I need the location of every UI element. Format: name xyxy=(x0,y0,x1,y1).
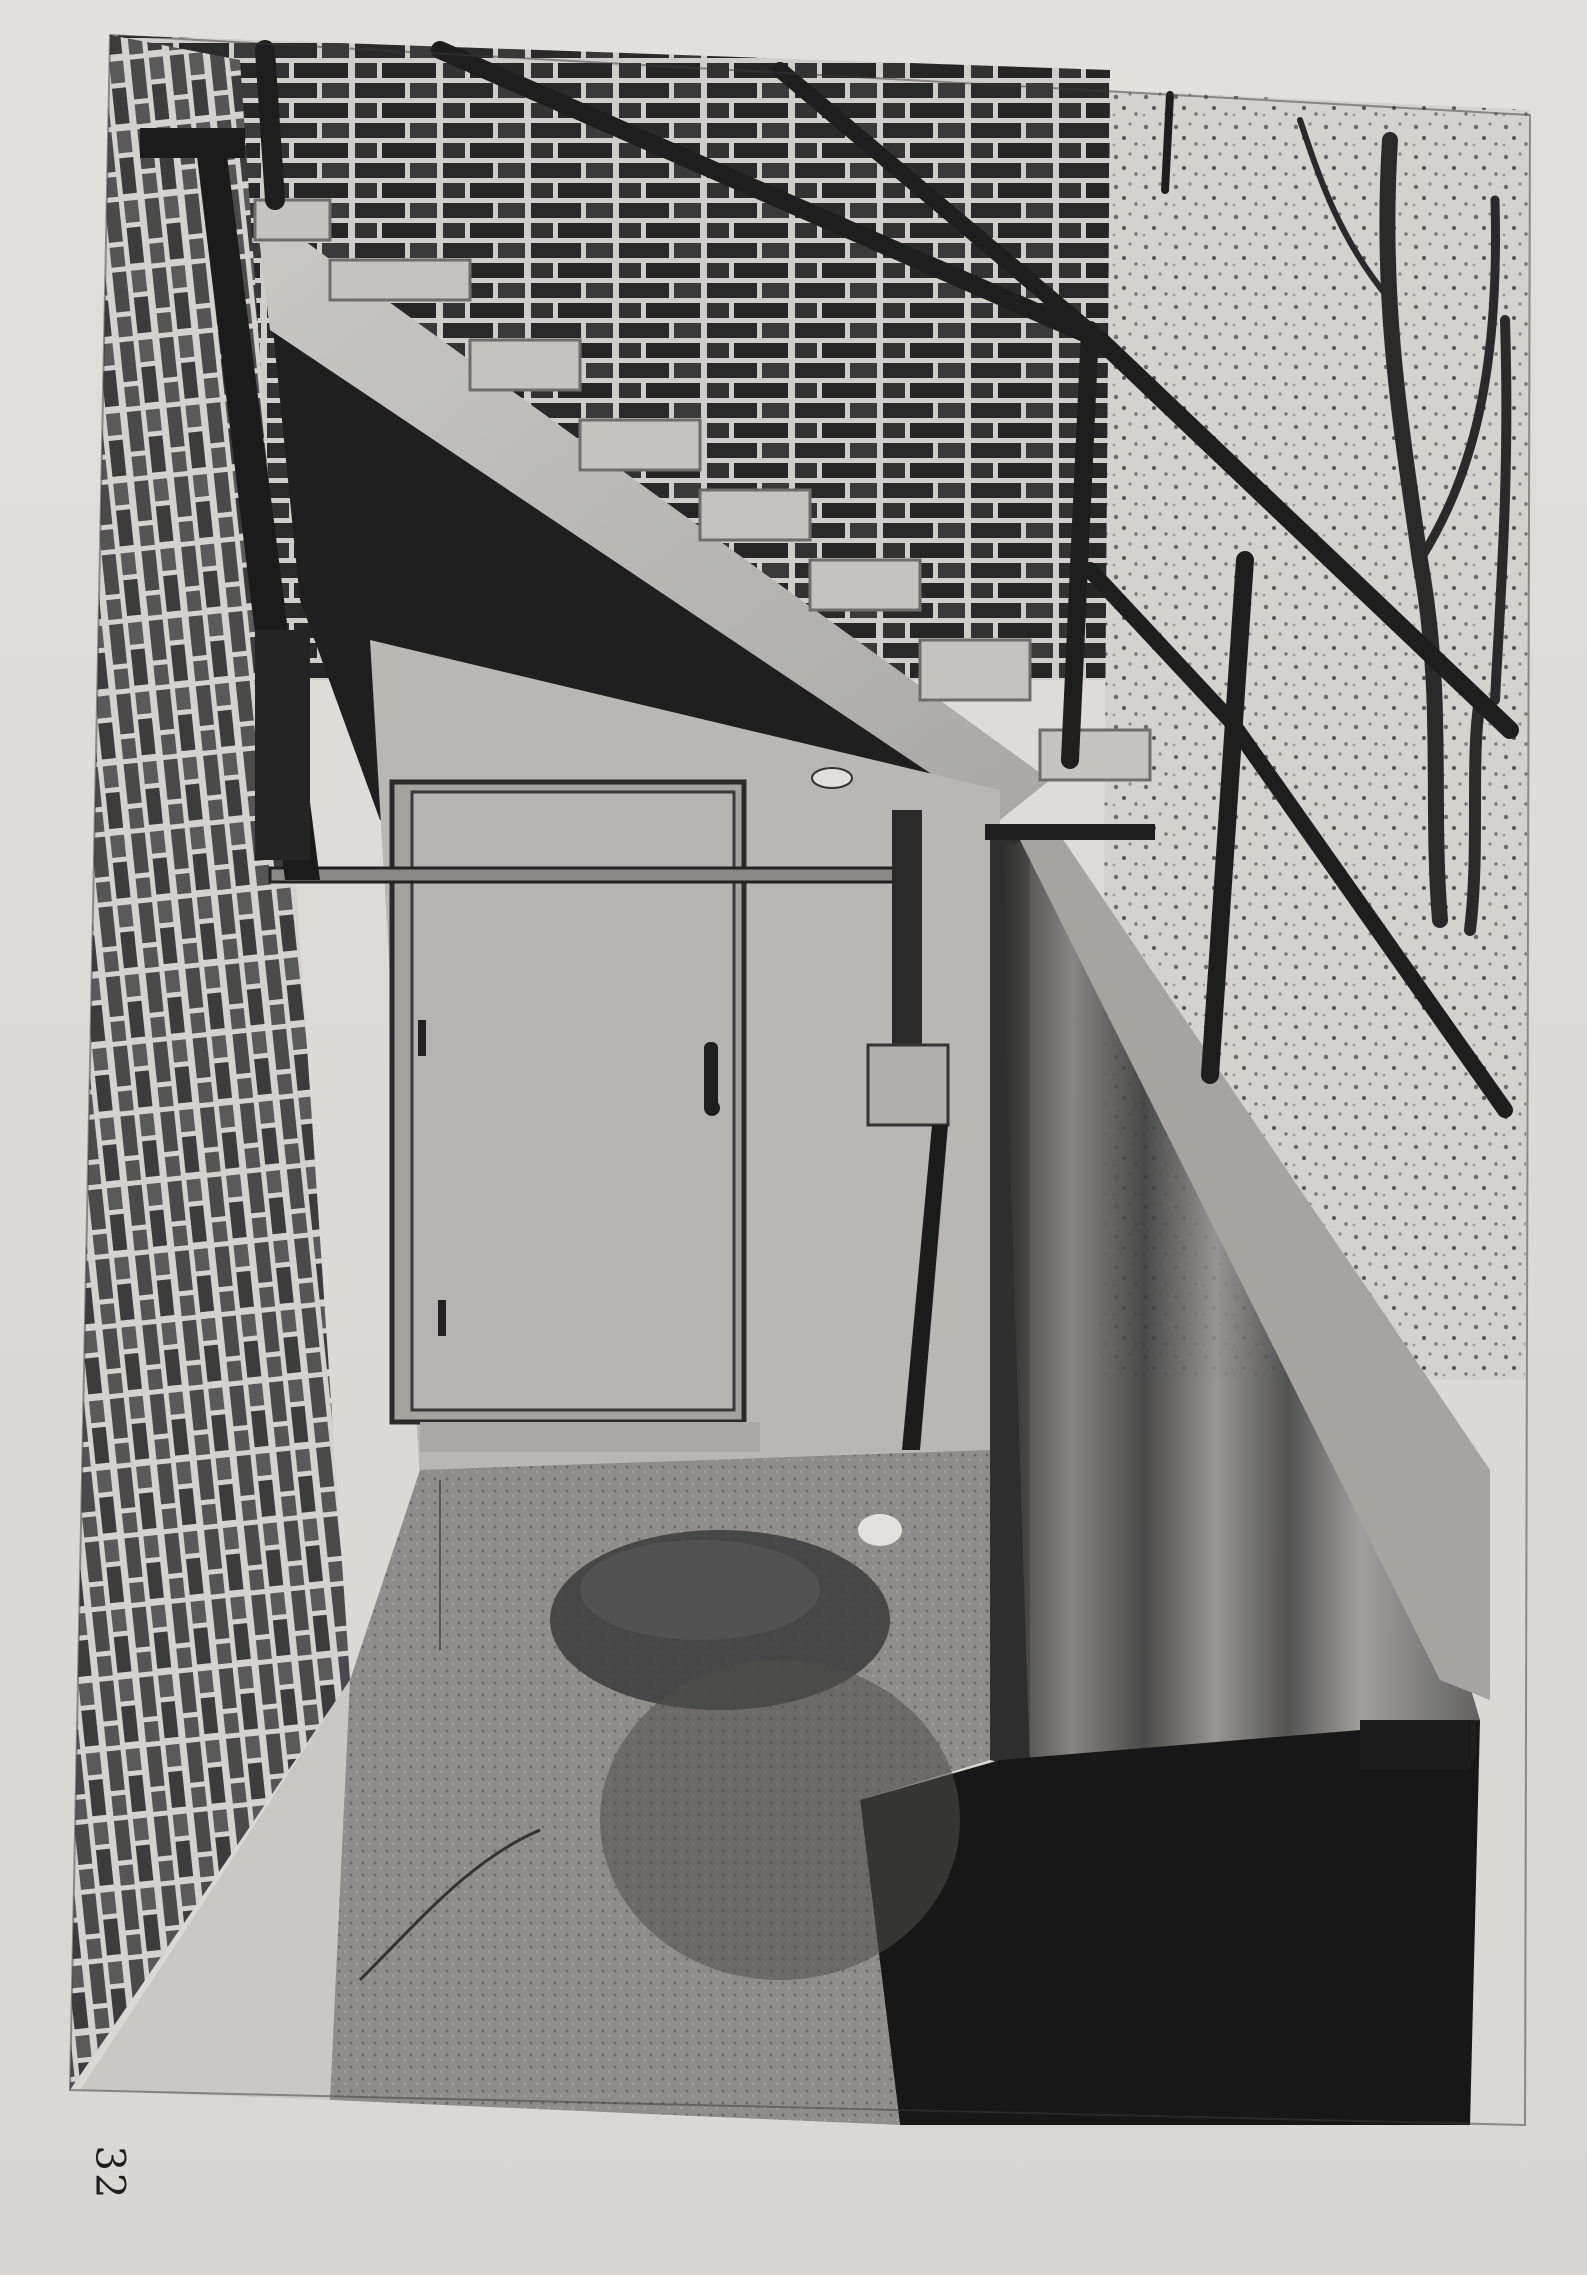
stairwell-photograph xyxy=(0,0,1587,2275)
page-number: 32 xyxy=(86,2146,132,2201)
book-page: 32 xyxy=(0,0,1587,2275)
